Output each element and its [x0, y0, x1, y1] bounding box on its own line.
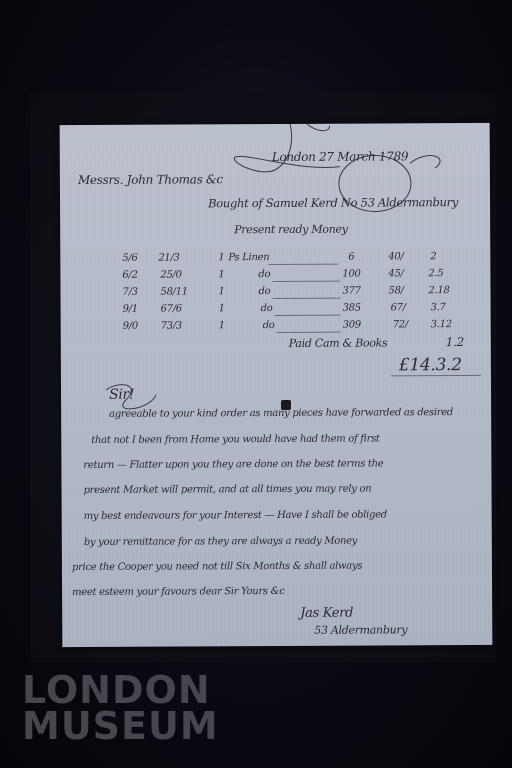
- letter-line: present Market will permit, and at all t…: [84, 484, 372, 497]
- line-rule: [277, 332, 341, 333]
- addressee: Messrs. John Thomas &c: [78, 172, 223, 187]
- signature: Jas Kerd: [300, 606, 353, 621]
- paid-line: Paid Cam & Books: [289, 336, 388, 350]
- letter-line: by your remittance for as they are alway…: [84, 536, 357, 548]
- invoice-total: £14.3.2: [399, 355, 462, 375]
- total-rule: [391, 375, 481, 376]
- terms: Present ready Money: [234, 223, 347, 237]
- bought-of-line: Bought of Samuel Kerd No 53 Aldermanbury: [208, 195, 458, 210]
- logo-line-2: MUSEUM: [22, 708, 219, 744]
- signature-address: 53 Aldermanbury: [314, 623, 407, 636]
- letter-line: meet esteem your favours dear Sir Yours …: [72, 586, 285, 598]
- sir-flourish: [101, 380, 161, 420]
- logo-line-1: LONDON: [22, 672, 219, 708]
- letter-line: return — Flatter upon you they are done …: [83, 458, 383, 471]
- line-rule: [268, 264, 338, 265]
- line-rule: [273, 298, 341, 299]
- place-date: London 27 March 1789: [272, 149, 409, 164]
- london-museum-logo: LONDON MUSEUM: [22, 672, 219, 744]
- ink-blot: [281, 400, 291, 410]
- line-rule: [272, 281, 340, 282]
- line-rule: [275, 315, 341, 316]
- letter-line: that not I been from Home you would have…: [91, 433, 379, 446]
- letter-line: price the Cooper you need not till Six M…: [72, 561, 362, 574]
- letter-line: my best endeavours for your Interest — H…: [84, 509, 387, 522]
- document-paper: London 27 March 1789 Messrs. John Thomas…: [60, 123, 493, 647]
- paid-amount: 1.2: [446, 335, 464, 349]
